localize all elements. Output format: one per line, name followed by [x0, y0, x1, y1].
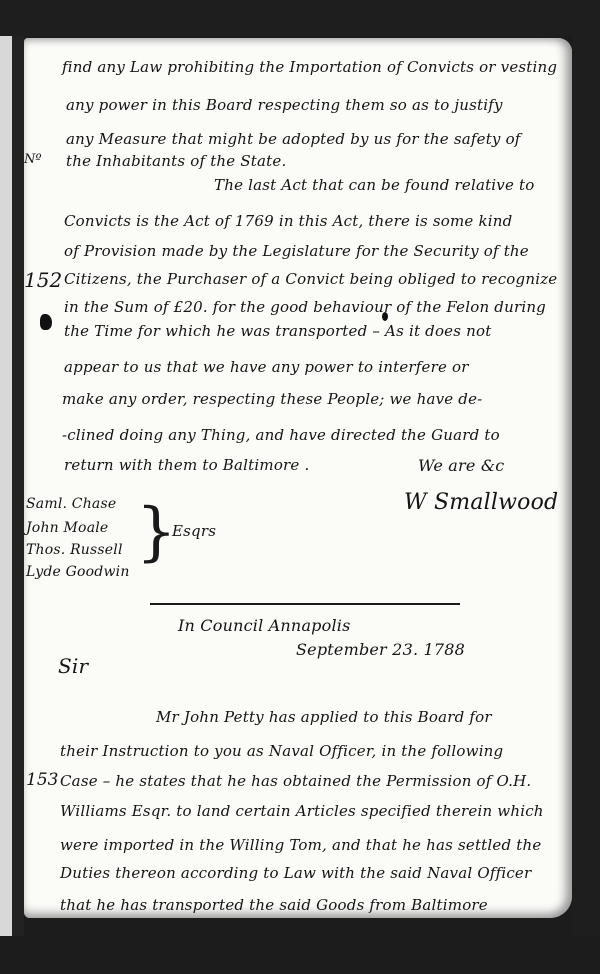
letter1-line-7: of Provision made by the Legislature for…: [64, 242, 529, 260]
addressee-goodwin: Lyde Goodwin: [26, 564, 130, 580]
addressee-chase: Saml. Chase: [26, 496, 116, 512]
letter2-line-4: Williams Esqr. to land certain Articles …: [60, 802, 544, 820]
letter2-line-1: Mr John Petty has applied to this Board …: [156, 708, 492, 726]
signature-smallwood: W Smallwood: [404, 490, 558, 515]
letter1-closing: We are &c: [418, 456, 504, 475]
letter1-line-5: The last Act that can be found relative …: [214, 176, 535, 194]
letter1-line-13: -clined doing any Thing, and have direct…: [62, 426, 500, 444]
book-gutter: [12, 36, 24, 936]
letter1-line-9: in the Sum of £20. for the good behaviou…: [64, 298, 546, 316]
addressee-moale: John Moale: [26, 520, 108, 536]
letter2-salutation: Sir: [58, 654, 88, 678]
letter1-line-6: Convicts is the Act of 1769 in this Act,…: [64, 212, 512, 230]
letter2-line-3: Case – he states that he has obtained th…: [60, 772, 531, 790]
margin-note-no: Nº: [24, 152, 42, 167]
letter1-line-2: any power in this Board respecting them …: [66, 96, 503, 114]
letter1-line-3: any Measure that might be adopted by us …: [66, 130, 521, 148]
letter2-line-7: that he has transported the said Goods f…: [60, 896, 488, 914]
letter2-line-2: their Instruction to you as Naval Office…: [60, 742, 503, 760]
scan-right-border: [572, 36, 600, 936]
ink-blot-small: [382, 312, 388, 321]
letter-separator-rule: [150, 603, 460, 605]
letter1-line-10: the Time for which he was transported – …: [64, 322, 491, 340]
folio-number-152: 152: [24, 268, 62, 292]
letter1-line-14: return with them to Baltimore .: [64, 456, 309, 474]
letter2-heading-place: In Council Annapolis: [178, 616, 351, 635]
letter2-line-5: were imported in the Willing Tom, and th…: [60, 836, 541, 854]
letter2-heading-date: September 23. 1788: [296, 640, 465, 659]
scanned-document: find any Law prohibiting the Importation…: [0, 0, 600, 974]
letter1-line-8: Citizens, the Purchaser of a Convict bei…: [64, 270, 557, 288]
folio-number-153: 153: [26, 770, 58, 790]
addressee-suffix: Esqrs: [172, 522, 216, 540]
curly-brace: }: [136, 500, 177, 564]
ink-blot: [40, 314, 52, 330]
letter1-line-11: appear to us that we have any power to i…: [64, 358, 469, 376]
letter1-line-4: the Inhabitants of the State.: [66, 152, 286, 170]
addressee-russell: Thos. Russell: [26, 542, 123, 558]
letter2-line-6: Duties thereon according to Law with the…: [60, 864, 531, 882]
letter1-line-12: make any order, respecting these People;…: [62, 390, 482, 408]
letter1-line-1: find any Law prohibiting the Importation…: [62, 58, 557, 76]
scan-top-border: [0, 0, 600, 36]
